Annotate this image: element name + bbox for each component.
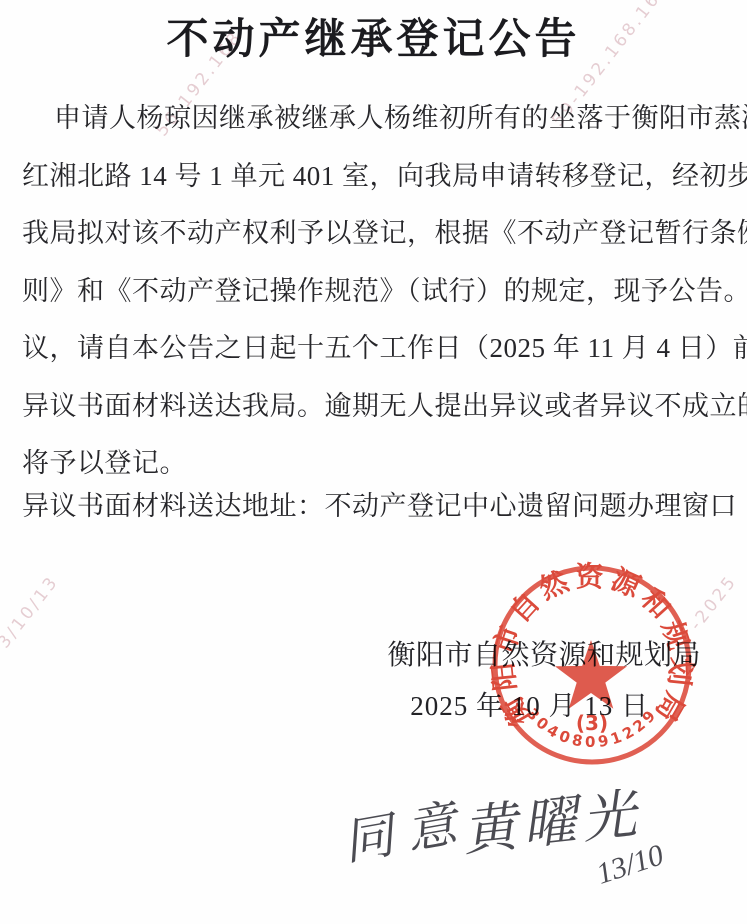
address-line: 异议书面材料送达地址：不动产登记中心遗留问题办理窗口 — [22, 478, 737, 535]
body-line: 申请人杨琼因继承被继承人杨维初所有的坐落于衡阳市蒸湘区 — [22, 90, 730, 148]
scan-watermark-fragment: 3/10/13 — [0, 572, 63, 653]
seal-star-icon — [555, 640, 627, 709]
announcement-document: 56-192.168 59-192.168.16 3/10/13 -2025 不… — [0, 0, 747, 924]
official-seal-stamp: 衡阳市自然资源和规划局 (3) 4304080912297 — [486, 556, 698, 768]
body-line: 我局拟对该不动产权利予以登记，根据《不动产登记暂行条例实施细 — [22, 205, 730, 263]
body-line: 异议书面材料送达我局。逾期无人提出异议或者异议不成立的，我局 — [22, 378, 730, 436]
seal-center-number: (3) — [576, 711, 608, 735]
handwritten-approval: 同意 — [337, 781, 476, 874]
body-line: 议，请自本公告之日起十五个工作日（2025 年 11 月 4 日）前内将 — [22, 320, 730, 378]
body-line: 红湘北路 14 号 1 单元 401 室，向我局申请转移登记，经初步审定， — [22, 148, 730, 206]
document-title: 不动产继承登记公告 — [0, 6, 747, 66]
body-line: 则》和《不动产登记操作规范》（试行）的规定，现予公告。如有异 — [22, 263, 730, 321]
document-body: 申请人杨琼因继承被继承人杨维初所有的坐落于衡阳市蒸湘区 红湘北路 14 号 1 … — [22, 90, 730, 493]
